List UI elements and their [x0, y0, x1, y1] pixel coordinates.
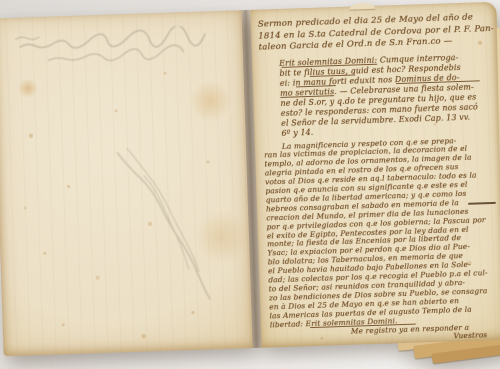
ghost-writing-top [13, 25, 228, 78]
page-stain [187, 81, 234, 123]
sermon-header: Sermon predicado el dia 25 de Mayo del a… [258, 12, 494, 54]
sermon-body: La magnificencia y respeto con q.e se pr… [264, 135, 500, 330]
open-manuscript-book: Sermon predicado el dia 25 de Mayo del a… [0, 2, 500, 357]
diagonal-ghost-scribble [113, 143, 223, 314]
torn-edge-flap [349, 3, 375, 10]
latin-epigraph: Erit solemnitas Domini: Cumque interroga… [279, 52, 487, 139]
handwritten-text: Sermon predicado el dia 25 de Mayo del a… [250, 2, 500, 348]
right-page: Sermon predicado el dia 25 de Mayo del a… [250, 2, 500, 348]
page-stain [17, 79, 40, 98]
left-page [0, 10, 253, 356]
manuscript-photo: Sermon predicado el dia 25 de Mayo del a… [0, 0, 500, 369]
